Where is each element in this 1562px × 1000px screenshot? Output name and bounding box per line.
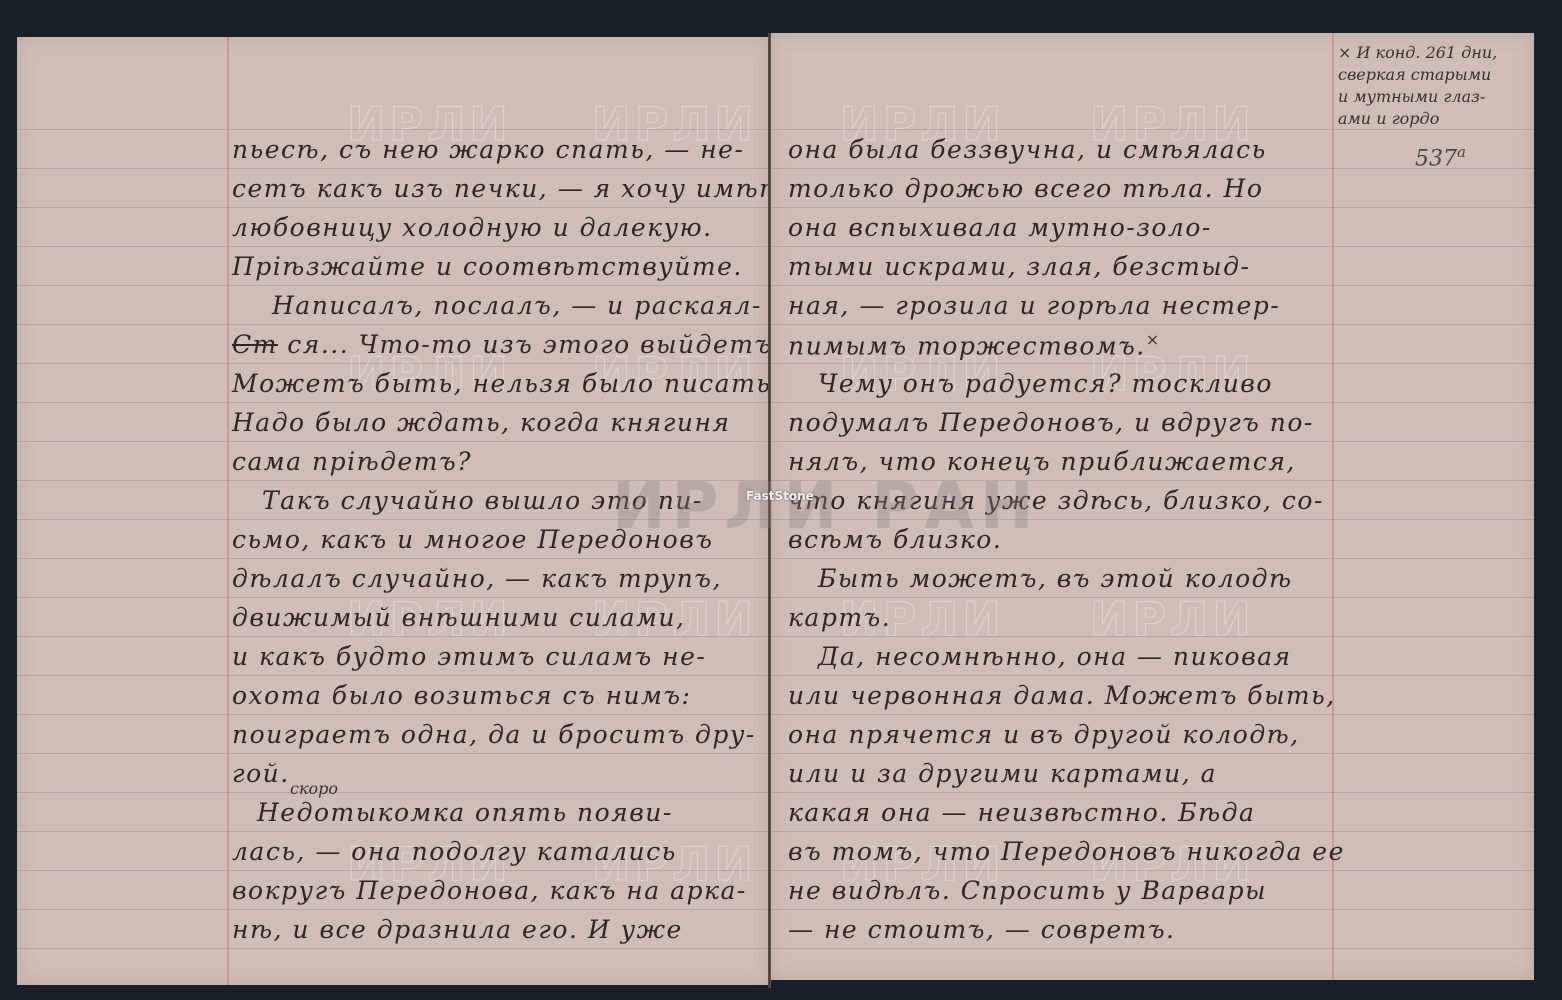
ruled-line xyxy=(17,519,769,520)
watermark: ИРЛИ xyxy=(1090,592,1255,646)
manuscript-line: Такъ случайно вышло это пи- xyxy=(262,486,703,516)
struck-word: Ст xyxy=(232,330,278,359)
manuscript-line: гой. xyxy=(232,759,290,789)
ruled-line xyxy=(17,948,769,949)
manuscript-line: она прячется и въ другой колодѣ, xyxy=(788,720,1300,750)
annotation-line: × И конд. 261 дни, xyxy=(1338,43,1497,63)
manuscript-line: или и за другими картами, а xyxy=(788,759,1217,789)
manuscript-line: она вспыхивала мутно-золо- xyxy=(788,213,1212,243)
ruled-line xyxy=(770,753,1534,754)
folio-number: 537а xyxy=(1415,143,1466,171)
ruled-line xyxy=(770,792,1534,793)
faststone-watermark: FastStone xyxy=(746,489,814,503)
ruled-line xyxy=(770,441,1534,442)
ruled-line xyxy=(17,636,769,637)
ruled-line xyxy=(770,714,1534,715)
right-manuscript-page: ИРЛИ ИРЛИ ИРЛИ ИРЛИ ИРЛИ ИРЛИ ИРЛИ ИРЛИ … xyxy=(770,33,1534,980)
ruled-line xyxy=(770,402,1534,403)
manuscript-line: не видѣлъ. Спросить у Варвары xyxy=(788,876,1267,906)
ruled-line xyxy=(17,441,769,442)
manuscript-line: охота было возиться съ нимъ: xyxy=(232,681,691,711)
annotation-line: ами и гордо xyxy=(1338,109,1439,129)
manuscript-line: поиграетъ одна, да и броситъ дру- xyxy=(232,720,756,750)
ruled-line xyxy=(17,480,769,481)
ruled-line xyxy=(17,597,769,598)
ruled-line xyxy=(770,948,1534,949)
manuscript-line: или червонная дама. Можетъ быть, xyxy=(788,681,1336,711)
ruled-line xyxy=(17,753,769,754)
ruled-line xyxy=(770,558,1534,559)
ruled-line xyxy=(770,831,1534,832)
manuscript-line: Ст ся... Что-то изъ этого выйдетъ; xyxy=(232,330,769,360)
ruled-line xyxy=(17,285,769,286)
ruled-line xyxy=(17,792,769,793)
ruled-line xyxy=(17,558,769,559)
manuscript-line: сама пріѣдетъ? xyxy=(232,447,472,477)
manuscript-line: подумалъ Передоновъ, и вдругъ по- xyxy=(788,408,1314,438)
manuscript-line: картъ. xyxy=(788,603,891,633)
manuscript-line: Быть можетъ, въ этой колодѣ xyxy=(818,564,1293,594)
manuscript-line: Можетъ быть, нельзя было писать? xyxy=(232,369,769,399)
left-margin-line xyxy=(227,37,229,985)
manuscript-line: нѣ, и все дразнила его. И уже xyxy=(232,915,683,945)
book-gutter xyxy=(768,33,771,988)
manuscript-line: она была беззвучна, и смѣялась xyxy=(788,135,1267,165)
annotation-line: и мутными глаз- xyxy=(1338,87,1485,107)
manuscript-line: Чему онъ радуется? тоскливо xyxy=(818,369,1273,399)
ruled-line xyxy=(770,519,1534,520)
manuscript-line: какая она — неизвѣстно. Бѣда xyxy=(788,798,1255,828)
annotation-line: сверкая старыми xyxy=(1338,65,1491,85)
manuscript-line: движимый внѣшними силами, xyxy=(232,603,685,633)
manuscript-line: сьмо, какъ и многое Передоновъ xyxy=(232,525,713,555)
insertion-note: скоро xyxy=(290,779,338,799)
ruled-line xyxy=(17,909,769,910)
ruled-line xyxy=(17,870,769,871)
manuscript-line: — не стоитъ, — совретъ. xyxy=(788,915,1175,945)
ruled-line xyxy=(17,207,769,208)
manuscript-line: ная, — грозила и горѣла нестер- xyxy=(788,291,1280,321)
manuscript-line: Да, несомнѣнно, она — пиковая xyxy=(818,642,1292,672)
ruled-line xyxy=(17,324,769,325)
ruled-line xyxy=(770,324,1534,325)
ruled-line xyxy=(770,480,1534,481)
manuscript-line: Написалъ, послалъ, — и раскаял- xyxy=(272,291,762,321)
manuscript-line: всѣмъ близко. xyxy=(788,525,1002,555)
ruled-line xyxy=(770,363,1534,364)
ruled-line xyxy=(770,246,1534,247)
ruled-line xyxy=(17,675,769,676)
ruled-line xyxy=(770,129,1534,130)
manuscript-line: лась, — она подолгу катались xyxy=(232,837,677,867)
left-manuscript-page: ИРЛИ ИРЛИ ИРЛИ ИРЛИ ИРЛИ ИРЛИ ИРЛИ ИРЛИ … xyxy=(17,37,769,985)
manuscript-line: тыми искрами, злая, безстыд- xyxy=(788,252,1250,282)
ruled-line xyxy=(770,207,1534,208)
manuscript-line: и какъ будто этимъ силамъ не- xyxy=(232,642,706,672)
ruled-line xyxy=(770,909,1534,910)
ruled-line xyxy=(17,831,769,832)
manuscript-line: дѣлалъ случайно, — какъ трупъ, xyxy=(232,564,722,594)
manuscript-line: пимымъ торжествомъ.× xyxy=(788,330,1161,361)
manuscript-line: Надо было ждать, когда княгиня xyxy=(232,408,730,438)
ruled-line xyxy=(17,168,769,169)
manuscript-line: любовницу холодную и далекую. xyxy=(232,213,713,243)
manuscript-line: въ томъ, что Передоновъ никогда ее xyxy=(788,837,1345,867)
manuscript-line: сетъ какъ изъ печки, — я хочу имѣть xyxy=(232,174,769,204)
ruled-line xyxy=(17,129,769,130)
manuscript-line: только дрожью всего тѣла. Но xyxy=(788,174,1263,204)
ruled-line xyxy=(17,402,769,403)
manuscript-line: Недотыкомка опять появи- xyxy=(257,798,673,828)
ruled-line xyxy=(770,597,1534,598)
ruled-line xyxy=(17,363,769,364)
insertion-marker: × xyxy=(1146,330,1161,349)
manuscript-line: вокругъ Передонова, какъ на арка- xyxy=(232,876,747,906)
ruled-line xyxy=(770,675,1534,676)
manuscript-line: пьесѣ, съ нею жарко спать, — не- xyxy=(232,135,744,165)
manuscript-line: нялъ, что конецъ приближается, xyxy=(788,447,1296,477)
ruled-line xyxy=(17,246,769,247)
manuscript-line: Пріѣзжайте и соотвѣтствуйте. xyxy=(232,252,743,282)
ruled-line xyxy=(770,285,1534,286)
ruled-line xyxy=(770,636,1534,637)
ruled-line xyxy=(770,870,1534,871)
manuscript-line: что княгиня уже здѣсь, близко, со- xyxy=(788,486,1324,516)
ruled-line xyxy=(17,714,769,715)
